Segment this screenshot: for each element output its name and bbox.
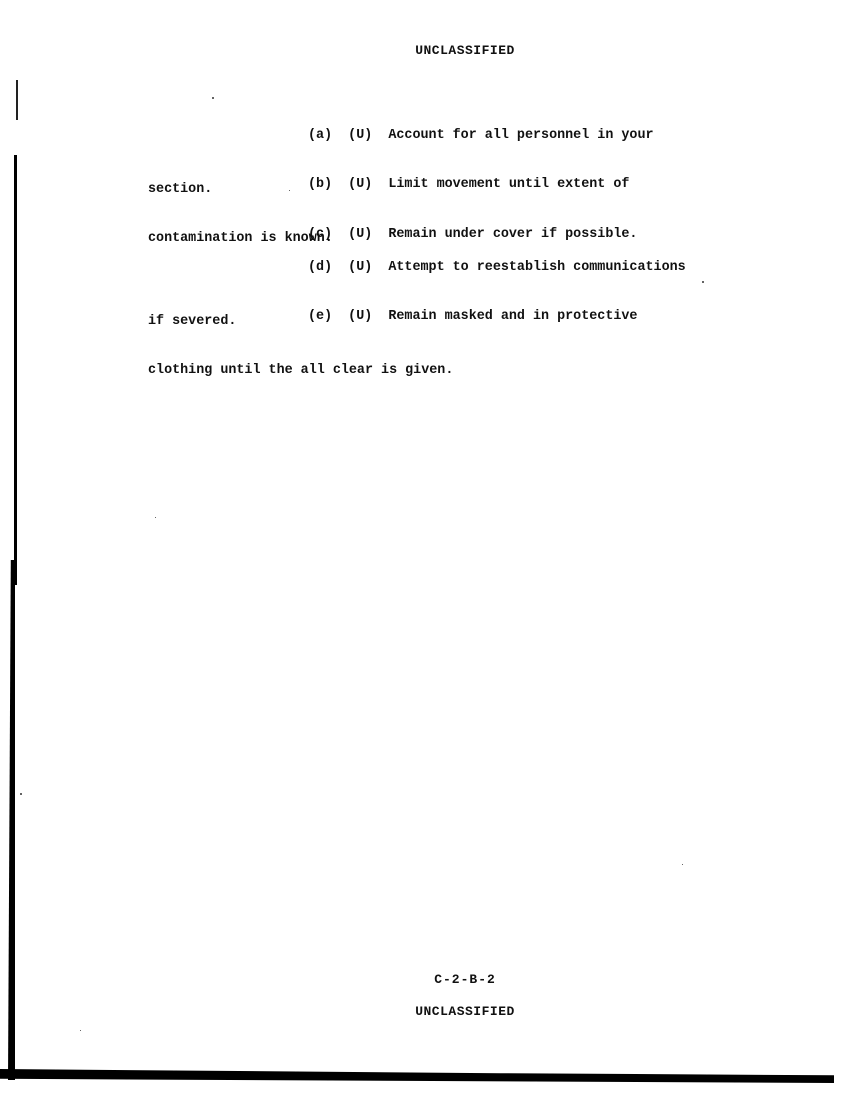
- scan-bottom-border: [0, 1069, 834, 1083]
- scan-speck: [155, 517, 156, 518]
- document-page: UNCLASSIFIED (a) (U) Account for all per…: [0, 0, 850, 1094]
- footer-classification: UNCLASSIFIED: [0, 1004, 850, 1019]
- scan-speck: [682, 864, 683, 865]
- scan-edge-artifact: [16, 80, 18, 120]
- scan-speck: [20, 793, 22, 795]
- scan-speck: [80, 1030, 81, 1031]
- scan-left-border-lower: [8, 560, 15, 1080]
- header-classification: UNCLASSIFIED: [0, 43, 850, 58]
- item-first-line: (e) (U) Remain masked and in protective: [148, 308, 768, 326]
- scan-left-border: [14, 155, 17, 585]
- item-continuation: clothing until the all clear is given.: [148, 362, 768, 380]
- page-number: C-2-B-2: [0, 972, 850, 987]
- list-item-e: (e) (U) Remain masked and in protective …: [148, 272, 768, 416]
